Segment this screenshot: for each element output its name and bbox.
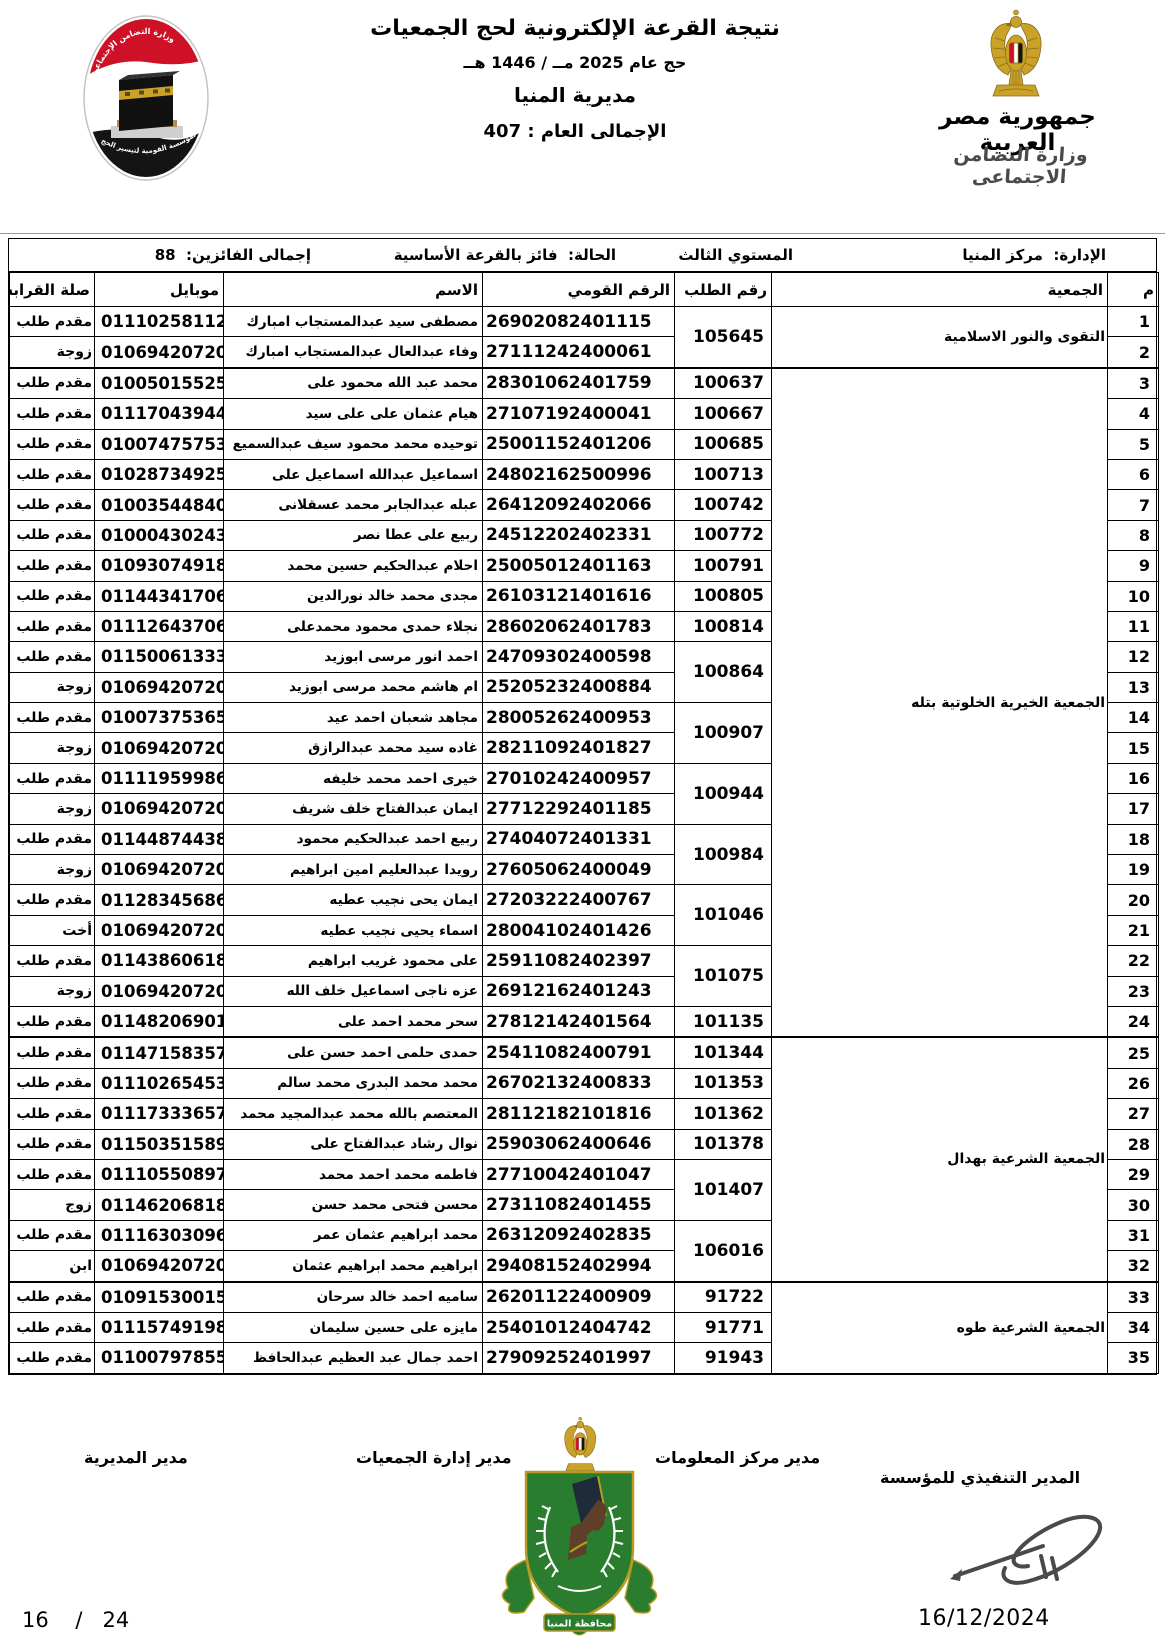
relation-cell: مقدم طلب [10,642,95,672]
name-cell: محمد محمد البدرى محمد سالم [224,1068,483,1098]
name-cell: حمدى حلمى احمد حسن على [224,1037,483,1068]
association-cell: التقوى والنور الاسلامية [772,307,1108,368]
name-cell: عزه ناجى اسماعيل خلف الله [224,976,483,1006]
serial-cell: 3 [1108,368,1159,399]
serial-cell: 30 [1108,1190,1159,1220]
name-cell: اسماعيل عبدالله اسماعيل على [224,459,483,489]
application-number-cell: 91722 [675,1282,772,1313]
national-id-cell: 24709302400598 [483,642,675,672]
national-id-cell: 25911082402397 [483,946,675,976]
mobile-cell: 01100797855 [95,1343,224,1373]
mobile-cell: 01007375365 [95,703,224,733]
serial-cell: 33 [1108,1282,1159,1313]
national-id-cell: 27111242400061 [483,337,675,368]
ministry-name: وزارة التضامن الاجتماعى [903,144,1136,188]
minya-caption-text: محافظة المنيا [547,1619,612,1630]
relation-cell: مقدم طلب [10,1343,95,1373]
relation-cell: مقدم طلب [10,1312,95,1342]
relation-cell: مقدم طلب [10,307,95,337]
serial-cell: 24 [1108,1006,1159,1037]
col-header-application-no: رقم الطلب [675,273,772,307]
mobile-cell: 01143860618 [95,946,224,976]
mobile-cell: 01150061333 [95,642,224,672]
serial-cell: 19 [1108,855,1159,885]
application-number-cell: 101135 [675,1006,772,1037]
mobile-cell: 01147158357 [95,1037,224,1068]
national-id-cell: 25401012404742 [483,1312,675,1342]
kaaba-seal-icon: وزارة التضامن الإجتماعى المؤسسة القومية … [83,14,210,182]
col-header-relation: صلة القرابه [10,273,95,307]
application-number-cell: 91943 [675,1343,772,1373]
grand-total: الإجمالى العام : 407 [330,121,820,142]
document-date: 16/12/2024 [918,1606,1050,1631]
name-cell: المعتصم بالله محمد عبدالمجيد محمد [224,1099,483,1129]
serial-cell: 9 [1108,551,1159,581]
relation-cell: مقدم طلب [10,1220,95,1250]
name-cell: ابراهيم محمد ابراهيم عثمان [224,1251,483,1282]
application-number-cell: 100637 [675,368,772,399]
application-number-cell: 101407 [675,1159,772,1220]
national-id-cell: 27812142401564 [483,1006,675,1037]
relation-cell: زوجة [10,976,95,1006]
mobile-cell: 01069420720 [95,794,224,824]
serial-cell: 12 [1108,642,1159,672]
serial-cell: 7 [1108,490,1159,520]
minya-governorate-logo: محافظة المنيا [496,1412,663,1644]
name-cell: مايزه على حسين سليمان [224,1312,483,1342]
name-cell: ربيع احمد عبدالحكيم محمود [224,824,483,854]
mobile-cell: 01028734925 [95,459,224,489]
mobile-cell: 01069420720 [95,672,224,702]
serial-cell: 1 [1108,307,1159,337]
relation-cell: مقدم طلب [10,1037,95,1068]
table-row: 3الجمعية الخيرية الخلوتية بتله1006372830… [10,368,1159,399]
mobile-cell: 01069420720 [95,915,224,945]
name-cell: محسن فتحى محمد حسن [224,1190,483,1220]
relation-cell: مقدم طلب [10,520,95,550]
name-cell: خيرى احمد محمد خليفه [224,763,483,793]
mobile-cell: 01116303096 [95,1220,224,1250]
relation-cell: مقدم طلب [10,1282,95,1313]
serial-cell: 6 [1108,459,1159,489]
mobile-cell: 01110258112 [95,307,224,337]
name-cell: رويدا عبدالعليم امين ابراهيم [224,855,483,885]
name-cell: فاطمه محمد احمد محمد [224,1159,483,1189]
serial-cell: 5 [1108,429,1159,459]
name-cell: نوال رشاد عبدالفتاح على [224,1129,483,1159]
relation-cell: زوج [10,1190,95,1220]
col-header-name: الاسم [224,273,483,307]
name-cell: محمد عبد الله محمود على [224,368,483,399]
serial-cell: 2 [1108,337,1159,368]
serial-cell: 16 [1108,763,1159,793]
egypt-eagle-icon [985,8,1047,100]
mobile-cell: 01144874438 [95,824,224,854]
relation-cell: مقدم طلب [10,885,95,915]
name-cell: غاده سيد محمد عبدالرازق [224,733,483,763]
relation-cell: مقدم طلب [10,429,95,459]
name-cell: محمد ابراهيم عثمان عمر [224,1220,483,1250]
application-number-cell: 100814 [675,611,772,641]
national-id-cell: 24512202402331 [483,520,675,550]
mobile-cell: 01115749198 [95,1312,224,1342]
mobile-cell: 01144341706 [95,581,224,611]
col-header-national-id: الرقم القومي [483,273,675,307]
relation-cell: مقدم طلب [10,611,95,641]
relation-cell: مقدم طلب [10,1129,95,1159]
status-label: الحالة: فائز بالقرعة الأساسية [394,246,616,264]
application-number-cell: 100791 [675,551,772,581]
serial-cell: 23 [1108,976,1159,1006]
serial-cell: 31 [1108,1220,1159,1250]
name-cell: ايمان عبدالفتاح خلف شريف [224,794,483,824]
signature-scribble-icon [945,1496,1115,1596]
relation-cell: مقدم طلب [10,824,95,854]
serial-cell: 34 [1108,1312,1159,1342]
relation-cell: مقدم طلب [10,703,95,733]
serial-cell: 10 [1108,581,1159,611]
application-number-cell: 91771 [675,1312,772,1342]
name-cell: هيام عثمان على على سيد [224,399,483,429]
relation-cell: زوجة [10,855,95,885]
serial-cell: 35 [1108,1343,1159,1373]
national-id-cell: 26902082401115 [483,307,675,337]
col-header-mobile: موبايل [95,273,224,307]
application-number-cell: 101075 [675,946,772,1007]
serial-cell: 32 [1108,1251,1159,1282]
application-number-cell: 101362 [675,1099,772,1129]
mobile-cell: 01117333657 [95,1099,224,1129]
application-number-cell: 100713 [675,459,772,489]
relation-cell: مقدم طلب [10,1099,95,1129]
association-cell: الجمعية الشرعية طوه [772,1282,1108,1374]
relation-cell: مقدم طلب [10,551,95,581]
name-cell: نجلاء حمدى محمود محمدعلى [224,611,483,641]
national-id-cell: 26702132400833 [483,1068,675,1098]
application-number-cell: 100864 [675,642,772,703]
national-id-cell: 27404072401331 [483,824,675,854]
national-id-cell: 27710042401047 [483,1159,675,1189]
application-number-cell: 100667 [675,399,772,429]
name-cell: احلام عبدالحكيم حسين محمد [224,551,483,581]
mobile-cell: 01111959986 [95,763,224,793]
page-number: 16 / 24 [22,1608,129,1632]
mobile-cell: 01007475753 [95,429,224,459]
serial-cell: 21 [1108,915,1159,945]
table-info-bar: الإدارة: مركز المنيا المستوي الثالث الحا… [9,239,1156,272]
name-cell: عبله عبدالجابر محمد عسقلانى [224,490,483,520]
hajj-foundation-seal: وزارة التضامن الإجتماعى المؤسسة القومية … [83,14,210,186]
mobile-cell: 01069420720 [95,1251,224,1282]
serial-cell: 25 [1108,1037,1159,1068]
table-row: 33الجمعية الشرعية طوه9172226201122400909… [10,1282,1159,1313]
application-number-cell: 101344 [675,1037,772,1068]
relation-cell: مقدم طلب [10,1068,95,1098]
relation-cell: مقدم طلب [10,763,95,793]
mobile-cell: 01069420720 [95,733,224,763]
minya-shield-icon: محافظة المنيا [496,1412,663,1640]
mobile-cell: 01093074918 [95,551,224,581]
application-number-cell: 100742 [675,490,772,520]
national-id-cell: 25411082400791 [483,1037,675,1068]
national-id-cell: 26312092402835 [483,1220,675,1250]
signature-associations-manager: مدير إدارة الجمعيات [356,1448,511,1467]
table-header-row: م الجمعية رقم الطلب الرقم القومي الاسم م… [10,273,1159,307]
mobile-cell: 01091530015 [95,1282,224,1313]
results-table-box: الإدارة: مركز المنيا المستوي الثالث الحا… [8,238,1157,1375]
mobile-cell: 01150351589 [95,1129,224,1159]
association-cell: الجمعية الخيرية الخلوتية بتله [772,368,1108,1038]
relation-cell: زوجة [10,794,95,824]
mobile-cell: 01000430243 [95,520,224,550]
national-id-cell: 28301062401759 [483,368,675,399]
signature-directorate-manager: مدير المديرية [84,1448,188,1467]
mobile-cell: 01148206901 [95,1006,224,1037]
application-number-cell: 100772 [675,520,772,550]
table-row: 25الجمعية الشرعية بهدال10134425411082400… [10,1037,1159,1068]
name-cell: احمد جمال عبد العظيم عبدالحافظ [224,1343,483,1373]
name-cell: اسماء يحيى نجيب عطيه [224,915,483,945]
serial-cell: 13 [1108,672,1159,702]
name-cell: وفاء عبدالعال عبدالمستجاب امبارك [224,337,483,368]
national-id-cell: 27010242400957 [483,763,675,793]
directorate-name: مديرية المنيا [330,83,820,107]
name-cell: احمد انور مرسى ابوزيد [224,642,483,672]
hajj-year: حج عام 2025 مــ / 1446 هــ [330,53,820,72]
application-number-cell: 100805 [675,581,772,611]
national-id-cell: 28112182101816 [483,1099,675,1129]
serial-cell: 17 [1108,794,1159,824]
application-number-cell: 101046 [675,885,772,946]
name-cell: ايمان يحى نجيب عطيه [224,885,483,915]
application-number-cell: 100907 [675,703,772,764]
serial-cell: 18 [1108,824,1159,854]
application-number-cell: 100685 [675,429,772,459]
national-id-cell: 27605062400049 [483,855,675,885]
relation-cell: مقدم طلب [10,581,95,611]
national-id-cell: 27107192400041 [483,399,675,429]
relation-cell: زوجة [10,337,95,368]
mobile-cell: 01069420720 [95,337,224,368]
national-id-cell: 28602062401783 [483,611,675,641]
mobile-cell: 01128345686 [95,885,224,915]
relation-cell: ابن [10,1251,95,1282]
page-title: نتيجة القرعة الإلكترونية لحج الجمعيات [330,16,820,42]
relation-cell: مقدم طلب [10,368,95,399]
national-id-cell: 28211092401827 [483,733,675,763]
name-cell: مجدى محمد خالد نورالدين [224,581,483,611]
relation-cell: زوجة [10,733,95,763]
signature-info-center-manager: مدير مركز المعلومات [655,1448,820,1467]
mobile-cell: 01069420720 [95,976,224,1006]
national-id-cell: 25001152401206 [483,429,675,459]
mobile-cell: 01069420720 [95,855,224,885]
application-number-cell: 101353 [675,1068,772,1098]
total-winners-label: إجمالى الفائزين: 88 [155,246,311,264]
name-cell: مصطفى سيد عبدالمستجاب امبارك [224,307,483,337]
national-id-cell: 24802162500996 [483,459,675,489]
col-header-association: الجمعية [772,273,1108,307]
relation-cell: زوجة [10,672,95,702]
name-cell: توحيده محمد محمود سيف عبدالسميع [224,429,483,459]
application-number-cell: 100984 [675,824,772,885]
table-row: 1التقوى والنور الاسلامية1056452690208240… [10,307,1159,337]
name-cell: مجاهد شعبان احمد عيد [224,703,483,733]
name-cell: ام هاشم محمد مرسى ابوزيد [224,672,483,702]
serial-cell: 11 [1108,611,1159,641]
mobile-cell: 01003544840 [95,490,224,520]
serial-cell: 15 [1108,733,1159,763]
mobile-cell: 01005015525 [95,368,224,399]
national-id-cell: 28004102401426 [483,915,675,945]
application-number-cell: 100944 [675,763,772,824]
national-id-cell: 26103121401616 [483,581,675,611]
relation-cell: مقدم طلب [10,1006,95,1037]
national-id-cell: 26912162401243 [483,976,675,1006]
document-title-block: نتيجة القرعة الإلكترونية لحج الجمعيات حج… [330,16,820,142]
relation-cell: مقدم طلب [10,459,95,489]
national-id-cell: 27712292401185 [483,794,675,824]
serial-cell: 28 [1108,1129,1159,1159]
administration-label: الإدارة: مركز المنيا [962,246,1106,264]
national-id-cell: 25005012401163 [483,551,675,581]
serial-cell: 14 [1108,703,1159,733]
egypt-state-emblem [985,8,1047,104]
serial-cell: 27 [1108,1099,1159,1129]
national-id-cell: 25903062400646 [483,1129,675,1159]
mobile-cell: 01112643706 [95,611,224,641]
name-cell: ساميه احمد خالد سرحان [224,1282,483,1313]
national-id-cell: 25205232400884 [483,672,675,702]
serial-cell: 26 [1108,1068,1159,1098]
national-id-cell: 27909252401997 [483,1343,675,1373]
application-number-cell: 105645 [675,307,772,368]
application-number-cell: 106016 [675,1220,772,1281]
national-id-cell: 26412092402066 [483,490,675,520]
level-label: المستوي الثالث [678,246,793,264]
mobile-cell: 01146206818 [95,1190,224,1220]
relation-cell: مقدم طلب [10,946,95,976]
name-cell: سحر محمد احمد على [224,1006,483,1037]
name-cell: على محمود غريب ابراهيم [224,946,483,976]
document-page: وزارة التضامن الإجتماعى المؤسسة القومية … [0,0,1165,1647]
national-id-cell: 29408152402994 [483,1251,675,1282]
serial-cell: 8 [1108,520,1159,550]
serial-cell: 29 [1108,1159,1159,1189]
col-header-serial: م [1108,273,1159,307]
relation-cell: مقدم طلب [10,1159,95,1189]
serial-cell: 20 [1108,885,1159,915]
application-number-cell: 101378 [675,1129,772,1159]
mobile-cell: 01110550897 [95,1159,224,1189]
national-id-cell: 27203222400767 [483,885,675,915]
serial-cell: 22 [1108,946,1159,976]
national-id-cell: 27311082401455 [483,1190,675,1220]
signature-executive-director: المدير التنفيذي للمؤسسة [880,1468,1080,1487]
mobile-cell: 01110265453 [95,1068,224,1098]
relation-cell: مقدم طلب [10,490,95,520]
winners-table: م الجمعية رقم الطلب الرقم القومي الاسم م… [9,272,1159,1374]
national-id-cell: 26201122400909 [483,1282,675,1313]
association-cell: الجمعية الشرعية بهدال [772,1037,1108,1281]
name-cell: ربيع على عطا نصر [224,520,483,550]
executive-signature [945,1496,1115,1600]
serial-cell: 4 [1108,399,1159,429]
national-id-cell: 28005262400953 [483,703,675,733]
mobile-cell: 01117043944 [95,399,224,429]
header-divider [0,233,1165,234]
relation-cell: أخت [10,915,95,945]
relation-cell: مقدم طلب [10,399,95,429]
